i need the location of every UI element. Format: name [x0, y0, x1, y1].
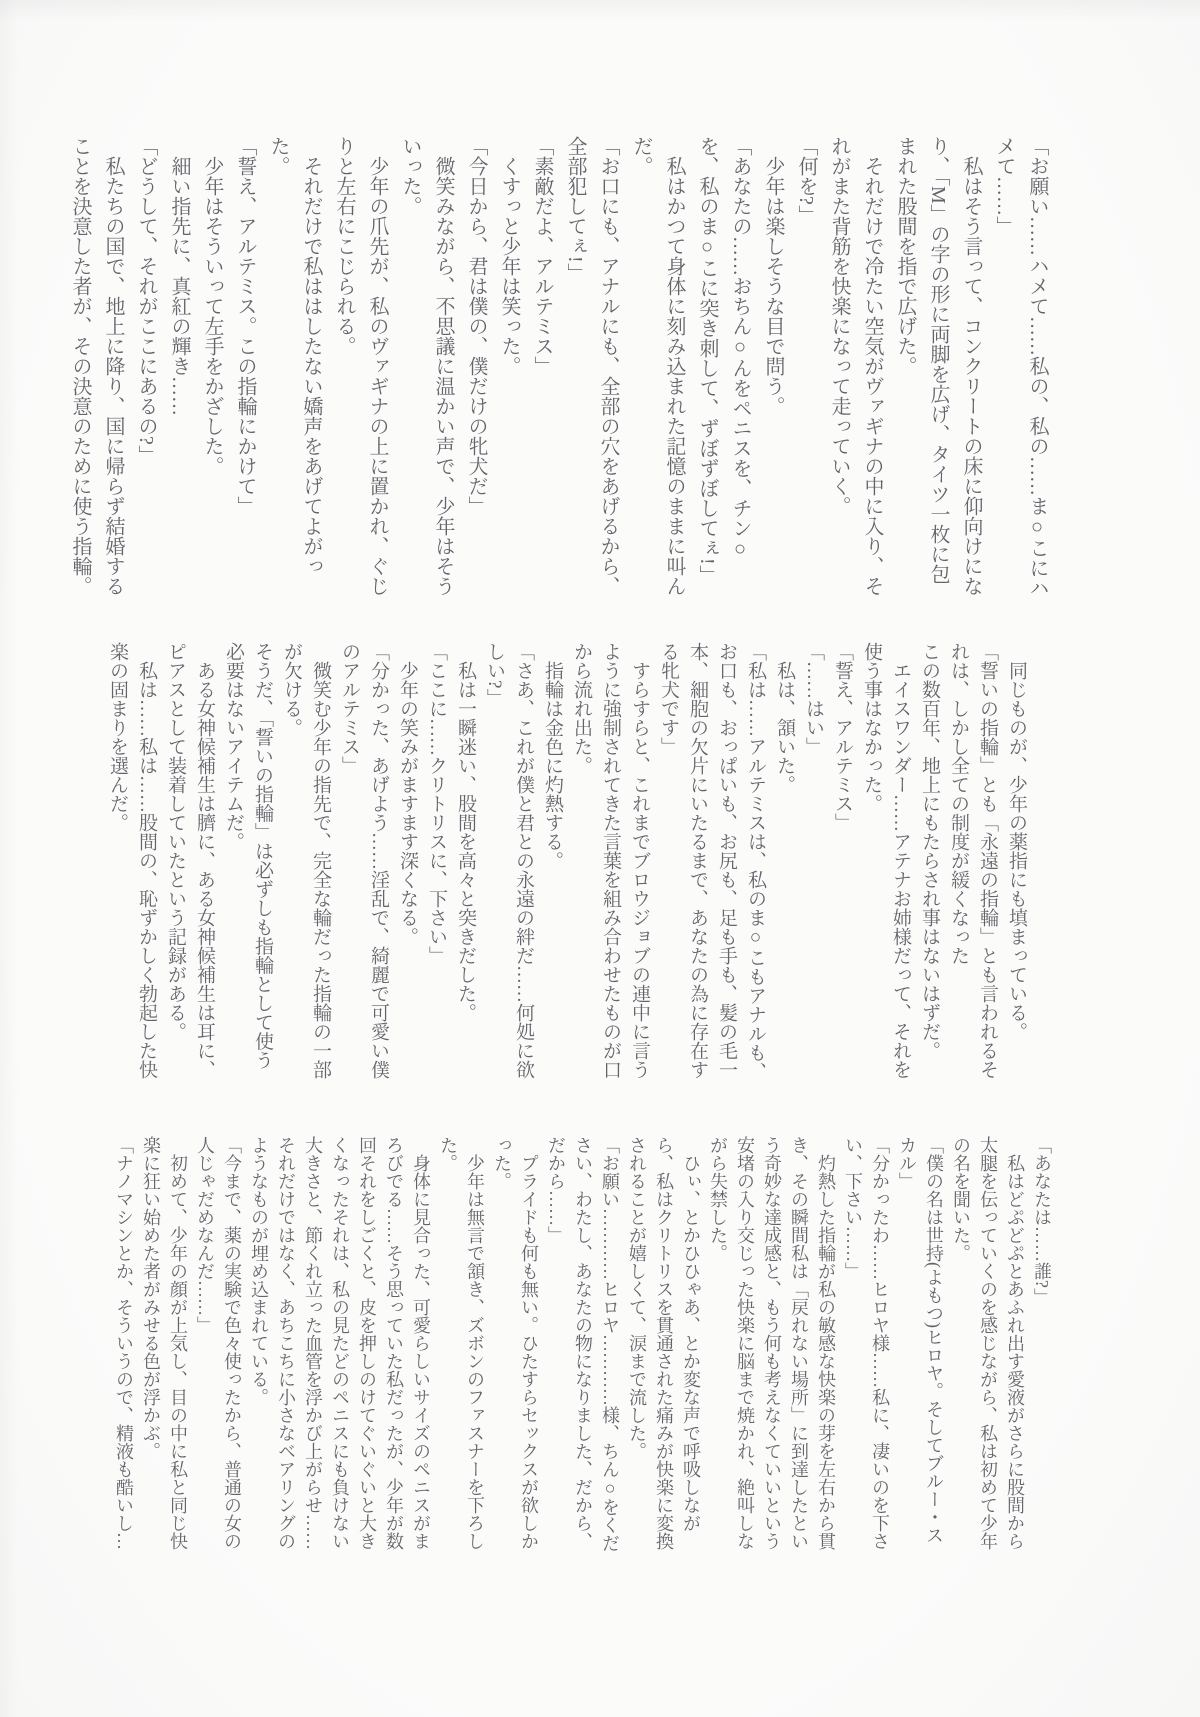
paragraph: 少年の笑みがますます深くなる。: [393, 642, 422, 1082]
paragraph: ある女神候補生は臍に、ある女神候補生は耳に、ピアスとして装着していたという記録が…: [161, 642, 219, 1082]
paragraph: 微笑みながら、不思議に温かい声で、少年はそういった。: [393, 136, 459, 598]
paragraph: 「誓え、アルテミス。この指輪にかけて」: [228, 136, 261, 598]
paragraph: ひぃ、とかひひゃあ、とか変な声で呼吸しながら、私はクリトリスを貫通された痛みが快…: [623, 1136, 704, 1560]
paragraph: 「ここに……クリトリスに、下さい」: [422, 642, 451, 1082]
paragraph: 「誓いの指輪」とも「永遠の指輪」とも言われるそれは、しかし全ての制度が緩くなった: [944, 642, 1002, 1082]
paragraph: 少年は楽しそうな目で問う。: [756, 136, 789, 598]
paragraph: 「あなたの……おちん○んをペニスを、チン○を、私のま○こに突き刺して、ずぼずぼし…: [690, 136, 756, 598]
paragraph: 私はかつて身体に刻み込まれた記憶のままに叫んだ。: [624, 136, 690, 598]
paragraph: 同じものが、少年の薬指にも填まっている。: [1002, 642, 1031, 1082]
paragraph: この数百年、地上にもたらされ事はないはずだ。: [915, 642, 944, 1082]
paragraph: 私はそう言って、コンクリートの床に仰向けになり、「M」の字の形に両脚を広げ、タイ…: [888, 136, 987, 598]
paragraph: 「分かった、あげよう……淫乱で、綺麗で可愛い僕のアルテミス」: [335, 642, 393, 1082]
paragraph: プライドも何も無い。ひたすらセックスが欲しかった。: [488, 1136, 542, 1560]
paragraph: 指輪は金色に灼熱する。: [538, 642, 567, 1082]
paragraph: 「ナノマシンとか、そういうので、精液も酷いし…: [110, 1136, 137, 1560]
paragraph: 私は一瞬迷い、股間を高々と突きだした。: [451, 642, 480, 1082]
paragraph: 私たちの国で、地上に降り、国に帰らず結婚することを決意した者が、その決意のために…: [63, 136, 129, 598]
paragraph: 少年はそういって左手をかざした。: [195, 136, 228, 598]
paragraph: 「お願い……ハメて……私の、私の……ま○こにハメて……」: [987, 136, 1053, 598]
paragraph: 微笑む少年の指先で、完全な輪だった指輪の一部が欠ける。: [277, 642, 335, 1082]
paragraph: 私はどぷどぷとあふれ出す愛液がさらに股間から太腿を伝っていくのを感じながら、私は…: [947, 1136, 1028, 1560]
paragraph: 「どうして、それがここにあるの?」: [129, 136, 162, 598]
paragraph: 「……はい」: [799, 642, 828, 1082]
paragraph: 「何を?」: [789, 136, 822, 598]
paragraph: 身体に見合った、可愛らしいサイズのペニスがまろびでる……そう思っていた私だったが…: [245, 1136, 434, 1560]
paragraph: 「誓え、アルテミス」: [828, 642, 857, 1082]
paragraph: そうだ、「誓いの指輪」は必ずしも指輪として使う必要はないアイテムだ。: [219, 642, 277, 1082]
paragraph: 「あなたは……誰?」: [1028, 1136, 1055, 1560]
paragraph: エイスワンダー……アテナお姉様だって、それを使う事はなかった。: [857, 642, 915, 1082]
paragraph: 私は、頷いた。: [770, 642, 799, 1082]
text-block-bottom: 「あなたは……誰?」私はどぷどぷとあふれ出す愛液がさらに股間から太腿を伝っていく…: [110, 1136, 1055, 1560]
paragraph: 少年の爪先が、私のヴァギナの上に置かれ、ぐじりと左右にこじられる。: [327, 136, 393, 598]
paragraph: 初めて、少年の顔が上気し、目の中に私と同じ快楽に狂い始めた者がみせる色が浮かぶ。: [137, 1136, 191, 1560]
paragraph: 「僕の名は世持(よもつ)ヒロヤ。そしてブルー・スカル」: [893, 1136, 947, 1560]
paragraph: 灼熱した指輪が私の敏感な快楽の芽を左右から貫き、その瞬間私は「戻れない場所」に到…: [704, 1136, 839, 1560]
paragraph: 「私は……アルテミスは、私のま○こもアナルも、お口も、おっぱいも、お尻も、足も手…: [654, 642, 770, 1082]
paragraph: 少年は無言で頷き、ズボンのファスナーを下ろした。: [434, 1136, 488, 1560]
paragraph: 「さあ、これが僕と君との永遠の絆だ……何処に欲しい?」: [480, 642, 538, 1082]
paragraph: それだけで私ははしたない嬌声をあげてよがった。: [261, 136, 327, 598]
text-block-top: 「お願い……ハメて……私の、私の……ま○こにハメて……」私はそう言って、コンクリ…: [63, 136, 1053, 598]
paragraph: すらすらと、これまでブロウジョブの連中に言うように強制されてきた言葉を組み合わせ…: [567, 642, 654, 1082]
paragraph: くすっと少年は笑った。: [492, 136, 525, 598]
paragraph: 「分かったわ……ヒロヤ様……私に、凄いのを下さい、下さい……」: [839, 1136, 893, 1560]
paragraph: 「お願い…………ヒロヤ…………様、ちん○をください、わたし、あなたの物になりまし…: [542, 1136, 623, 1560]
paragraph: 私は……私は……股間の、恥ずかしく勃起した快楽の固まりを選んだ。: [103, 642, 161, 1082]
paragraph: 細い指先に、真紅の輝き……: [162, 136, 195, 598]
paragraph: それだけで冷たい空気がヴァギナの中に入り、それがまた背筋を快楽になって走っていく…: [822, 136, 888, 598]
paragraph: 「今日から、君は僕の、僕だけの牝犬だ」: [459, 136, 492, 598]
paragraph: 「素敵だよ、アルテミス」: [525, 136, 558, 598]
text-block-middle: 同じものが、少年の薬指にも填まっている。「誓いの指輪」とも「永遠の指輪」とも言わ…: [103, 642, 1031, 1082]
scanned-page: 「お願い……ハメて……私の、私の……ま○こにハメて……」私はそう言って、コンクリ…: [0, 0, 1200, 1717]
paragraph: 「お口にも、アナルにも、全部の穴をあげるから、全部犯してぇ!」: [558, 136, 624, 598]
paragraph: 「今まで、薬の実験で色々使ったから、普通の女の人じゃだめなんだ……」: [191, 1136, 245, 1560]
